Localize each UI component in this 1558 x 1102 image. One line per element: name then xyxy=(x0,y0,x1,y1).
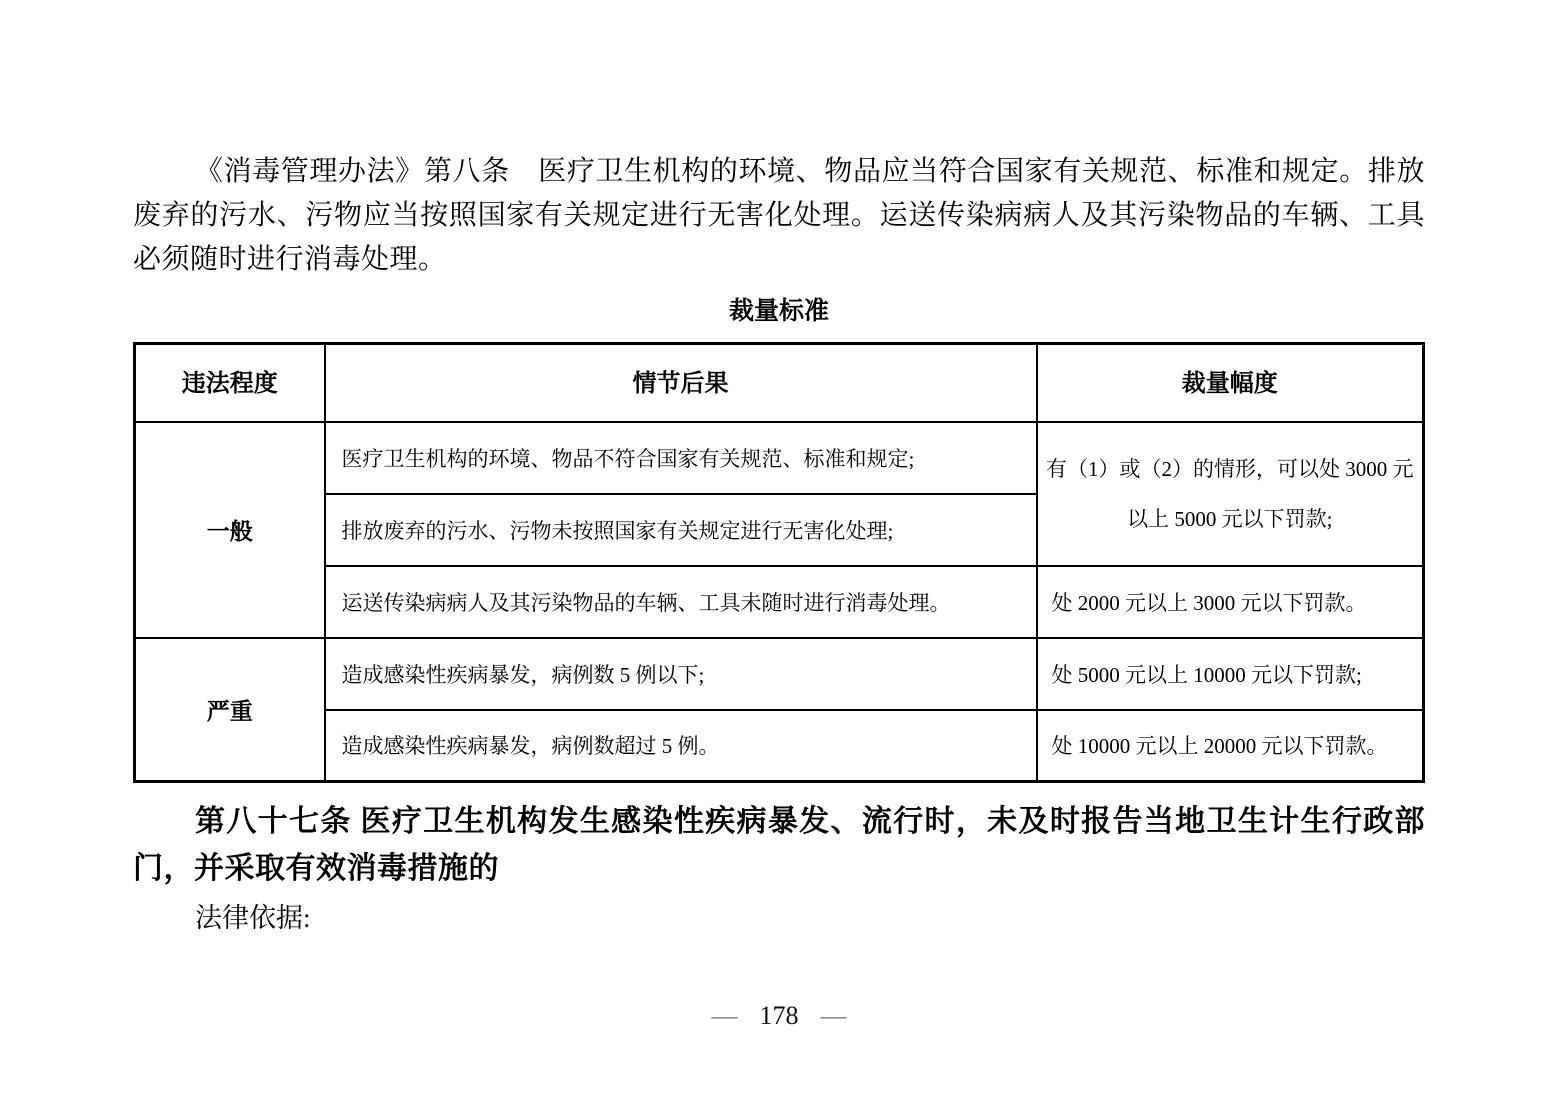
degree-general-cell: 一般 xyxy=(135,422,325,638)
discretion-table: 违法程度 情节后果 裁量幅度 一般 医疗卫生机构的环境、物品不符合国家有关规范、… xyxy=(133,342,1425,783)
table-row: 一般 医疗卫生机构的环境、物品不符合国家有关规范、标准和规定; 有（1）或（2）… xyxy=(135,422,1424,494)
page-number: 178 xyxy=(760,1001,799,1030)
header-discretion-range: 裁量幅度 xyxy=(1037,344,1424,422)
circumstance-cell: 造成感染性疾病暴发，病例数超过 5 例。 xyxy=(325,710,1037,782)
circumstance-cell: 医疗卫生机构的环境、物品不符合国家有关规范、标准和规定; xyxy=(325,422,1037,494)
header-violation-degree: 违法程度 xyxy=(135,344,325,422)
page-footer: —178— xyxy=(133,1000,1425,1032)
table-row: 运送传染病病人及其污染物品的车辆、工具未随时进行消毒处理。 处 2000 元以上… xyxy=(135,566,1424,638)
table-row: 严重 造成感染性疾病暴发，病例数 5 例以下; 处 5000 元以上 10000… xyxy=(135,638,1424,710)
circumstance-cell: 造成感染性疾病暴发，病例数 5 例以下; xyxy=(325,638,1037,710)
table-header-row: 违法程度 情节后果 裁量幅度 xyxy=(135,344,1424,422)
intro-paragraph: 《消毒管理办法》第八条 医疗卫生机构的环境、物品应当符合国家有关规范、标准和规定… xyxy=(133,150,1425,282)
penalty-cell: 处 10000 元以上 20000 元以下罚款。 xyxy=(1037,710,1424,782)
table-row: 造成感染性疾病暴发，病例数超过 5 例。 处 10000 元以上 20000 元… xyxy=(135,710,1424,782)
degree-severe-cell: 严重 xyxy=(135,638,325,782)
penalty-merged-cell: 有（1）或（2）的情形，可以处 3000 元以上 5000 元以下罚款; xyxy=(1037,422,1424,566)
footer-left-dash: — xyxy=(712,1001,738,1030)
legal-basis-label: 法律依据: xyxy=(133,900,1425,936)
circumstance-cell: 排放废弃的污水、污物未按照国家有关规定进行无害化处理; xyxy=(325,494,1037,566)
penalty-cell: 处 5000 元以上 10000 元以下罚款; xyxy=(1037,638,1424,710)
circumstance-cell: 运送传染病病人及其污染物品的车辆、工具未随时进行消毒处理。 xyxy=(325,566,1037,638)
footer-right-dash: — xyxy=(821,1001,847,1030)
penalty-cell: 处 2000 元以上 3000 元以下罚款。 xyxy=(1037,566,1424,638)
article-87-heading: 第八十七条 医疗卫生机构发生感染性疾病暴发、流行时，未及时报告当地卫生计生行政部… xyxy=(133,798,1425,892)
document-page: 《消毒管理办法》第八条 医疗卫生机构的环境、物品应当符合国家有关规范、标准和规定… xyxy=(0,150,1558,1032)
header-circumstance: 情节后果 xyxy=(325,344,1037,422)
table-title: 裁量标准 xyxy=(133,296,1425,326)
